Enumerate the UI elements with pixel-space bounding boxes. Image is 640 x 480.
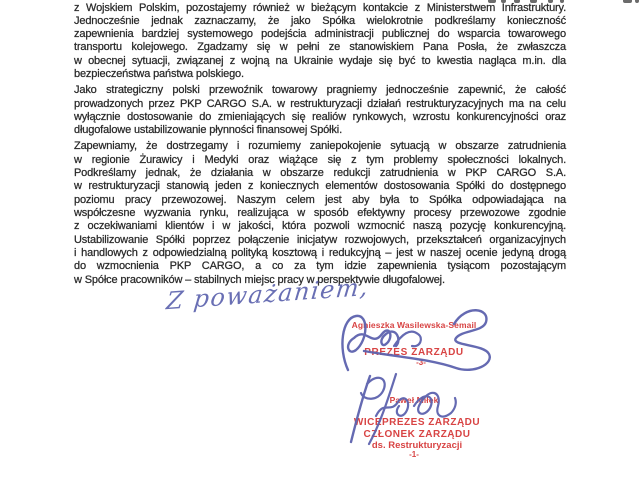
body-line: Jednocześnie jednak zaznaczamy, że jako … (74, 15, 566, 28)
handwritten-signature-vicepresident (344, 370, 469, 452)
body-line: w restrukturyzacji stanowią jeden z koni… (74, 180, 566, 193)
body-line: długofalowe ustabilizowanie płynności fi… (74, 124, 566, 137)
body-line: w regionie Żurawicy i Medyki oraz wiążąc… (74, 154, 566, 167)
body-line: współczesne wyzwania rynku, realizująca … (74, 207, 566, 220)
body-line: wyłącznie dostosowanie do zmieniających … (74, 111, 566, 124)
body-line: i handlowych z odpowiedzialną polityką k… (74, 247, 566, 260)
body-line: zapewnienia bardziej systemowego podejśc… (74, 28, 566, 41)
paragraph: Jako strategiczny polski przewoźnik towa… (74, 84, 566, 137)
body-line: transportu kolejowego. Zgadzamy się w pe… (74, 41, 566, 54)
letter-body: z Wojskiem Polskim, pozostajemy również … (74, 2, 566, 290)
crop-mark (623, 0, 632, 3)
body-line: do wzmocnienia PKP CARGO, a co za tym id… (74, 260, 566, 273)
body-line: w obecnej sytuacji, związanej z wojną na… (74, 55, 566, 68)
body-line: z Wojskiem Polskim, pozostajemy również … (74, 2, 566, 15)
scanned-letter-page: z Wojskiem Polskim, pozostajemy również … (0, 0, 640, 480)
body-line: Ustabilizowanie Spółki poprzez połączeni… (74, 234, 566, 247)
body-line: poziomu pracy przewozowej. Naszym celem … (74, 194, 566, 207)
paragraph: Zapewniamy, że dostrzegamy i rozumiemy z… (74, 140, 566, 287)
body-line: Podkreślamy jednak, że działania w obsza… (74, 167, 566, 180)
body-line: prowadzonych przez PKP CARGO S.A. w rest… (74, 98, 566, 111)
body-line: z oczekiwaniami klientów i w jakości, kt… (74, 220, 566, 233)
body-line: Jako strategiczny polski przewoźnik towa… (74, 84, 566, 97)
paragraph: z Wojskiem Polskim, pozostajemy również … (74, 2, 566, 82)
body-line: Zapewniamy, że dostrzegamy i rozumiemy z… (74, 140, 566, 153)
crop-mark (635, 0, 639, 3)
body-line: bezpieczeństwa państwa polskiego. (74, 68, 566, 81)
